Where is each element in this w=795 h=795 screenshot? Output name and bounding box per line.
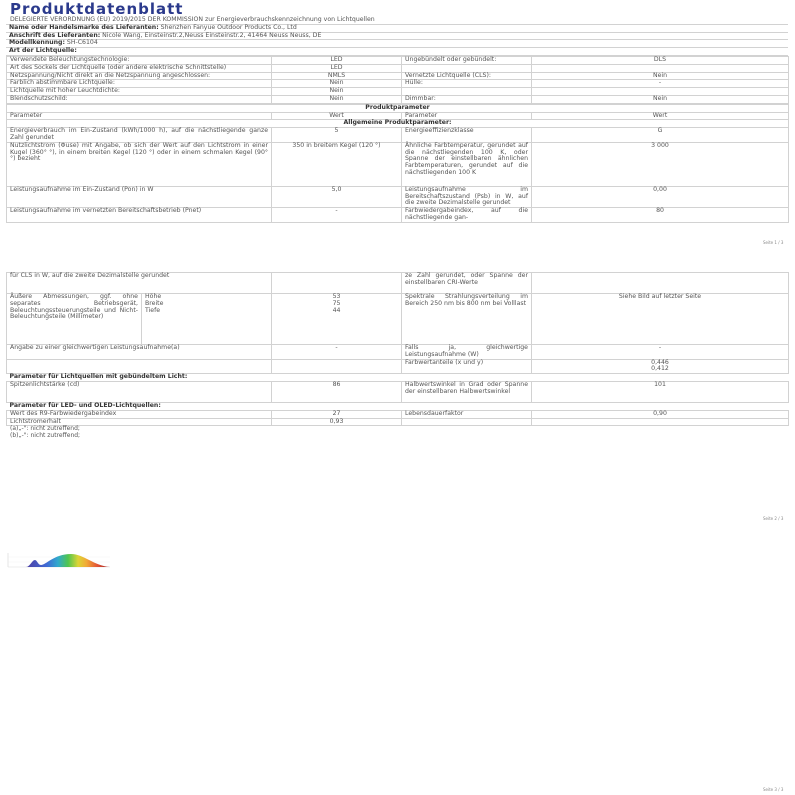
param_rows-l-value: 5 — [272, 128, 402, 143]
supplier-address-row: Anschrift des Lieferanten: Nicole Wang, … — [6, 32, 788, 40]
beam-angle-label: Halbwertswinkel in Grad oder Spanne der … — [402, 381, 532, 402]
param_rows-l-label: Leistungsaufnahme im vernetzten Bereitsc… — [7, 208, 272, 223]
page-2: für CLS in W, auf die zweite Dezimalstel… — [6, 272, 788, 439]
type_rows-r-label: Ungebündelt oder gebündelt: — [402, 56, 532, 64]
product-params-heading: Produktparameter — [7, 104, 789, 112]
param_rows-l-label: Energieverbrauch im Ein-Zustand (kWh/100… — [7, 128, 272, 143]
type-table: Verwendete Beleuchtungstechnologie:LEDUn… — [6, 56, 789, 104]
beam-angle-value: 101 — [532, 381, 789, 402]
type_rows-r-value — [532, 64, 789, 72]
page-number-1: Seite 1 / 3 — [763, 240, 783, 245]
equiv-power-w-label: Falls ja, gleichwertige Leistungsaufnahm… — [402, 345, 532, 360]
table-row: Nutzlichtstrom (Φuse) mit Angabe, ob sic… — [7, 142, 789, 186]
page-number-3: Seite 3 / 3 — [763, 787, 783, 792]
table-row: Leistungsaufnahme im vernetzten Bereitsc… — [7, 208, 789, 223]
document-title: Produktdatenblatt — [10, 2, 788, 17]
param_rows-l-label: Leistungsaufnahme im Ein-Zustand (Pon) i… — [7, 186, 272, 207]
equiv-power-label: Angabe zu einer gleichwertigen Leistungs… — [7, 345, 272, 360]
type_rows-l-value: LED — [272, 64, 402, 72]
param_rows-r-value: G — [532, 128, 789, 143]
table-row: Leistungsaufnahme im Ein-Zustand (Pon) i… — [7, 186, 789, 207]
regulation-text: DELEGIERTE VERORDNUNG (EU) 2019/2015 DER… — [6, 17, 788, 24]
chromaticity-value: 0,4460,412 — [532, 359, 789, 374]
table-row: Energieverbrauch im Ein-Zustand (kWh/100… — [7, 128, 789, 143]
led-heading: Parameter für LED- und OLED-Lichtquellen… — [7, 402, 789, 410]
light-source-type-heading: Art der Lichtquelle: — [6, 48, 788, 56]
cri-cont-label: ze Zahl gerundet, oder Spanne der einste… — [402, 273, 532, 294]
survival-factor-value: 0,90 — [532, 410, 789, 418]
footnote-b: (b)„-": nicht zutreffend; — [6, 433, 788, 440]
cri-cont-value — [532, 273, 789, 294]
table-row: Lichtquelle mit hoher Leuchtdichte:Nein — [7, 88, 789, 96]
peak-intensity-value: 86 — [272, 381, 402, 402]
param_rows-r-value: 3 000 — [532, 142, 789, 186]
peak-intensity-label: Spitzenlichtstärke (cd) — [7, 381, 272, 402]
table-row: Farblich abstimmbare Lichtquelle:NeinHül… — [7, 80, 789, 88]
param-table: Produktparameter Parameter Wert Paramete… — [6, 104, 789, 223]
table-row: Netzspannung/Nicht direkt an die Netzspa… — [7, 72, 789, 80]
survival-factor-label: Lebensdauerfaktor — [402, 410, 532, 418]
equiv-power-value: - — [272, 345, 402, 360]
type_rows-l-value: Nein — [272, 95, 402, 103]
model-row: Modellkennung: SH-C6104 — [6, 40, 788, 48]
type_rows-r-label: Dimmbar: — [402, 95, 532, 103]
equiv-power-w-value: - — [532, 345, 789, 360]
spectral-distribution-chart — [6, 551, 110, 569]
type_rows-r-label: Hülle: — [402, 80, 532, 88]
param_rows-r-label: Ähnliche Farbtemperatur, gerundet auf di… — [402, 142, 532, 186]
dimensions-values: 53 75 44 — [272, 294, 402, 345]
table-row: Blendschutzschild:NeinDimmbar:Nein — [7, 95, 789, 103]
r9-value: 27 — [272, 410, 402, 418]
lumen-maintenance-value: 0,93 — [272, 418, 402, 426]
param_rows-r-label: Leistungsaufnahme im Bereitschaftszustan… — [402, 186, 532, 207]
type_rows-r-value: DLS — [532, 56, 789, 64]
page2-table: für CLS in W, auf die zweite Dezimalstel… — [6, 272, 789, 426]
type_rows-l-label: Art des Sockels der Lichtquelle (oder an… — [7, 64, 272, 72]
r9-label: Wert des R9-Farbwiedergabeindex — [7, 410, 272, 418]
dimensions-names: Höhe Breite Tiefe — [142, 294, 272, 345]
table-row: Art des Sockels der Lichtquelle (oder an… — [7, 64, 789, 72]
spectral-label: Spektrale Strahlungsverteilung im Bereic… — [402, 294, 532, 345]
type_rows-l-label: Blendschutzschild: — [7, 95, 272, 103]
spectral-value: Siehe Bild auf letzter Seite — [532, 294, 789, 345]
param_rows-l-label: Nutzlichtstrom (Φuse) mit Angabe, ob sic… — [7, 142, 272, 186]
type_rows-r-label — [402, 64, 532, 72]
param_rows-r-value: 80 — [532, 208, 789, 223]
page-1: Produktdatenblatt DELEGIERTE VERORDNUNG … — [6, 2, 788, 223]
type_rows-r-value: Nein — [532, 95, 789, 103]
header-table: Name oder Handelsmarke des Lieferanten: … — [6, 24, 788, 56]
param_rows-l-value: 5,0 — [272, 186, 402, 207]
cls-cont-value — [272, 273, 402, 294]
chromaticity-label: Farbwertanteile (x und y) — [402, 359, 532, 374]
col-header-parameter: Parameter — [7, 112, 272, 120]
directional-heading: Parameter für Lichtquellen mit gebündelt… — [7, 374, 789, 382]
param_rows-r-label: Farbwiedergabeindex, auf die nächstliege… — [402, 208, 532, 223]
param_rows-l-value: - — [272, 208, 402, 223]
param_rows-r-label: Energieeffizienzklasse — [402, 128, 532, 143]
type_rows-r-value: - — [532, 80, 789, 88]
dimensions-label: Äußere Abmessungen, ggf. ohne separates … — [7, 294, 142, 345]
param_rows-l-value: 350 in breitem Kegel (120 °) — [272, 142, 402, 186]
page-number-2: Seite 2 / 3 — [763, 516, 783, 521]
cls-cont-label: für CLS in W, auf die zweite Dezimalstel… — [7, 273, 272, 294]
param_rows-r-value: 0,00 — [532, 186, 789, 207]
col-header-value-2: Wert — [532, 112, 789, 120]
